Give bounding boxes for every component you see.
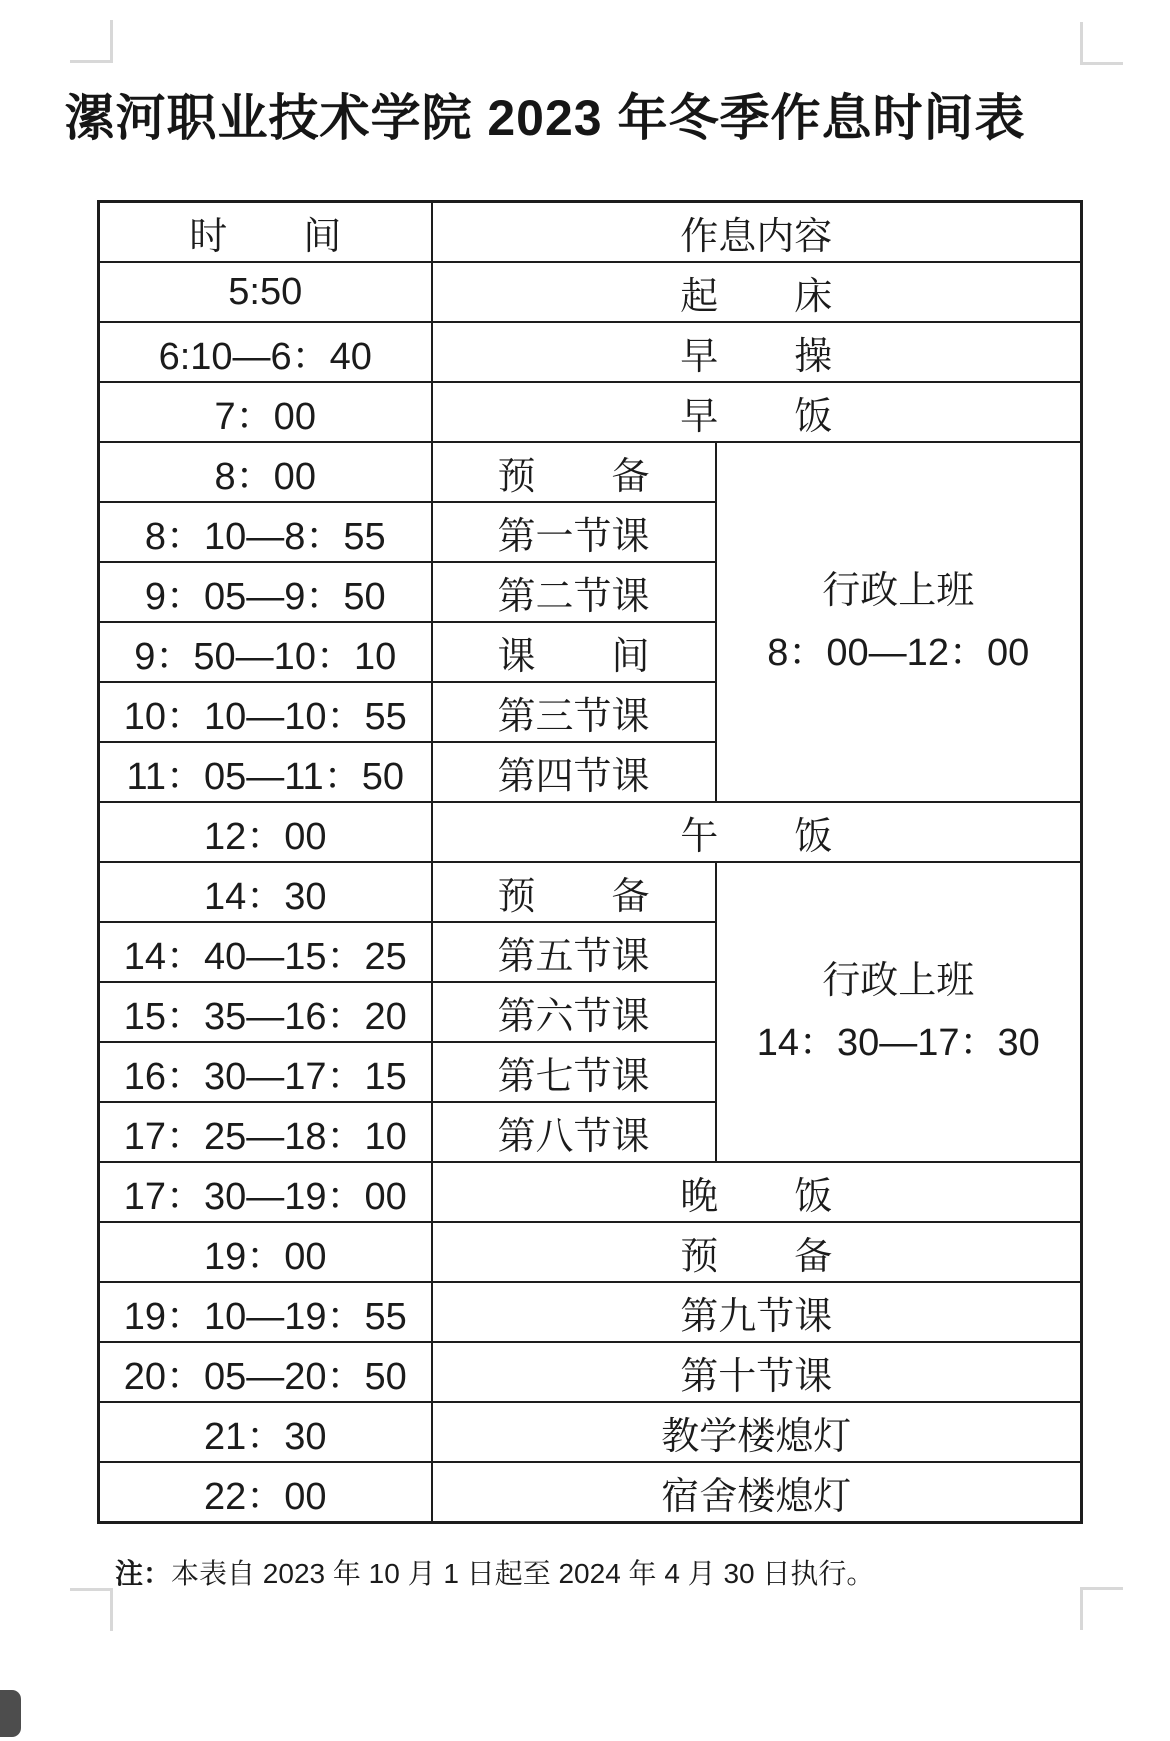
schedule-table: 时 间 作息内容 5:50 起 床 6:10—6：40 早 操 7：00 早 饭… <box>97 200 1083 1524</box>
activity-cell: 预 备 <box>432 1222 1082 1282</box>
admin-cell-afternoon: 行政上班 14：30—17：30 <box>716 862 1082 1162</box>
time-cell: 21：30 <box>99 1402 432 1462</box>
table-row: 6:10—6：40 早 操 <box>99 322 1082 382</box>
table-row: 21：30 教学楼熄灯 <box>99 1402 1082 1462</box>
page-title: 漯河职业技术学院 2023 年冬季作息时间表 <box>0 78 1090 150</box>
time-cell: 19：10—19：55 <box>99 1282 432 1342</box>
activity-cell: 晚 饭 <box>432 1162 1082 1222</box>
activity-cell: 教学楼熄灯 <box>432 1402 1082 1462</box>
table-row: 19：10—19：55 第九节课 <box>99 1282 1082 1342</box>
time-cell: 10：10—10：55 <box>99 682 432 742</box>
activity-cell: 第八节课 <box>432 1102 716 1162</box>
activity-cell: 预 备 <box>432 862 716 922</box>
activity-cell: 第三节课 <box>432 682 716 742</box>
time-cell: 6:10—6：40 <box>99 322 432 382</box>
time-cell: 8：10—8：55 <box>99 502 432 562</box>
footnote-text: 本表自 2023 年 10 月 1 日起至 2024 年 4 月 30 日执行。 <box>171 1558 874 1589</box>
activity-cell: 宿舍楼熄灯 <box>432 1462 1082 1523</box>
time-cell: 11：05—11：50 <box>99 742 432 802</box>
time-cell: 17：30—19：00 <box>99 1162 432 1222</box>
time-cell: 15：35—16：20 <box>99 982 432 1042</box>
admin-morning-hours: 8：00—12：00 <box>717 622 1081 684</box>
table-row: 17：30—19：00 晚 饭 <box>99 1162 1082 1222</box>
time-cell: 17：25—18：10 <box>99 1102 432 1162</box>
activity-cell: 预 备 <box>432 442 716 502</box>
admin-morning-label: 行政上班 <box>717 560 1081 622</box>
time-cell: 5:50 <box>99 262 432 322</box>
header-cell-time: 时 间 <box>99 202 432 263</box>
activity-cell: 早 饭 <box>432 382 1082 442</box>
table-row: 20：05—20：50 第十节课 <box>99 1342 1082 1402</box>
activity-cell: 第六节课 <box>432 982 716 1042</box>
activity-cell: 起 床 <box>432 262 1082 322</box>
side-tab <box>0 1690 21 1737</box>
time-cell: 14：40—15：25 <box>99 922 432 982</box>
admin-cell-morning: 行政上班 8：00—12：00 <box>716 442 1082 802</box>
activity-cell: 课 间 <box>432 622 716 682</box>
crop-mark-top-left-icon <box>70 20 113 63</box>
table-row: 7：00 早 饭 <box>99 382 1082 442</box>
crop-mark-top-right-icon <box>1080 22 1123 65</box>
document-page: 漯河职业技术学院 2023 年冬季作息时间表 时 间 作息内容 5:50 起 床… <box>0 0 1170 1741</box>
table-row: 时 间 作息内容 <box>99 202 1082 263</box>
table-row: 19：00 预 备 <box>99 1222 1082 1282</box>
time-cell: 12：00 <box>99 802 432 862</box>
table-row: 12：00 午 饭 <box>99 802 1082 862</box>
activity-cell: 午 饭 <box>432 802 1082 862</box>
activity-cell: 第一节课 <box>432 502 716 562</box>
time-cell: 19：00 <box>99 1222 432 1282</box>
time-cell: 7：00 <box>99 382 432 442</box>
time-cell: 9：05—9：50 <box>99 562 432 622</box>
time-cell: 22：00 <box>99 1462 432 1523</box>
activity-cell: 第四节课 <box>432 742 716 802</box>
activity-cell: 早 操 <box>432 322 1082 382</box>
table-row: 8：00 预 备 行政上班 8：00—12：00 <box>99 442 1082 502</box>
time-cell: 20：05—20：50 <box>99 1342 432 1402</box>
activity-cell: 第十节课 <box>432 1342 1082 1402</box>
footnote-prefix: 注： <box>115 1558 171 1589</box>
footnote: 注：本表自 2023 年 10 月 1 日起至 2024 年 4 月 30 日执… <box>115 1552 874 1592</box>
table-row: 22：00 宿舍楼熄灯 <box>99 1462 1082 1523</box>
activity-cell: 第九节课 <box>432 1282 1082 1342</box>
crop-mark-bottom-left-icon <box>70 1588 113 1631</box>
header-cell-content: 作息内容 <box>432 202 1082 263</box>
table-row: 14：30 预 备 行政上班 14：30—17：30 <box>99 862 1082 922</box>
activity-cell: 第七节课 <box>432 1042 716 1102</box>
admin-afternoon-hours: 14：30—17：30 <box>717 1012 1081 1074</box>
admin-afternoon-label: 行政上班 <box>717 950 1081 1012</box>
table-row: 5:50 起 床 <box>99 262 1082 322</box>
time-cell: 14：30 <box>99 862 432 922</box>
activity-cell: 第五节课 <box>432 922 716 982</box>
time-cell: 8：00 <box>99 442 432 502</box>
activity-cell: 第二节课 <box>432 562 716 622</box>
time-cell: 16：30—17：15 <box>99 1042 432 1102</box>
crop-mark-bottom-right-icon <box>1080 1587 1123 1630</box>
time-cell: 9：50—10：10 <box>99 622 432 682</box>
